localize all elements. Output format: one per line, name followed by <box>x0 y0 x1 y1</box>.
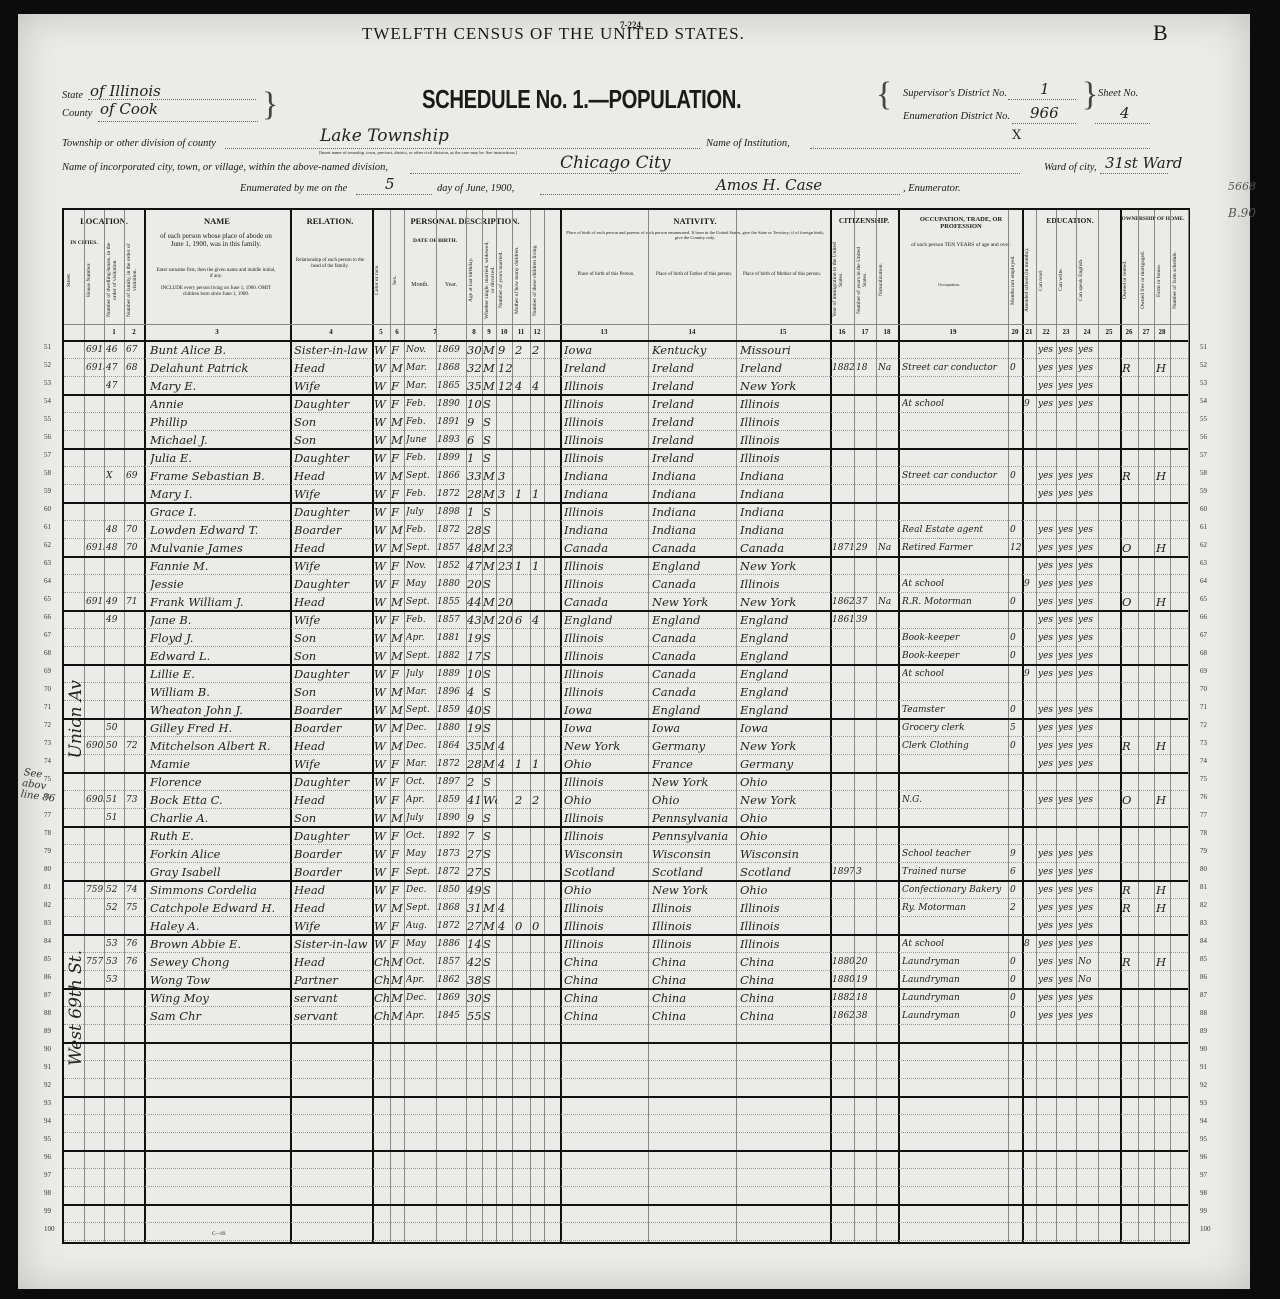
cell-bp <box>564 1114 648 1132</box>
cell-eng: yes <box>1078 880 1098 898</box>
table-row <box>64 1132 1188 1150</box>
cell-house <box>86 1078 104 1096</box>
table-row <box>64 1078 1188 1096</box>
cell-write <box>1058 1222 1076 1240</box>
cell-liv <box>532 664 544 682</box>
cell-eng <box>1078 448 1098 466</box>
cell-sex: M <box>391 736 405 754</box>
line-number-left: 84 <box>44 937 51 945</box>
cell-eng: yes <box>1078 610 1098 628</box>
cell-rel <box>294 1078 372 1096</box>
cell-rel <box>294 1132 372 1150</box>
cell-liv <box>532 700 544 718</box>
cell-eng <box>1078 1168 1098 1186</box>
cell-own <box>1122 340 1138 358</box>
header-street: Street. <box>66 240 82 320</box>
cell-unemp <box>1010 934 1022 952</box>
cell-unemp: 0 <box>1010 466 1022 484</box>
cell-bp: England <box>564 610 648 628</box>
cell-month: May <box>406 574 436 592</box>
line-number-left: 85 <box>44 955 51 963</box>
cell-bf: Illinois <box>652 898 736 916</box>
sheet-letter: B <box>1153 20 1168 46</box>
cell-year: 1872 <box>437 520 467 538</box>
cell-imm <box>832 412 854 430</box>
cell-nat <box>878 628 898 646</box>
cell-bp: Wisconsin <box>564 844 648 862</box>
cell-write <box>1058 1114 1076 1132</box>
cell-bp <box>564 1096 648 1114</box>
column-number: 27 <box>1138 328 1154 336</box>
cell-liv <box>532 538 544 556</box>
cell-month <box>406 1024 436 1042</box>
cell-bf: Ireland <box>652 448 736 466</box>
cell-color <box>374 1222 390 1240</box>
enumerated-prefix: Enumerated by me on the <box>240 183 347 194</box>
cell-bf <box>652 1024 736 1042</box>
cell-read: yes <box>1038 340 1056 358</box>
cell-own <box>1122 1186 1138 1204</box>
cell-color <box>374 1096 390 1114</box>
cell-fh <box>1156 1132 1170 1150</box>
cell-fh: H <box>1156 898 1170 916</box>
header-immigration: Year of immigration to the United States… <box>832 240 852 320</box>
cell-month: May <box>406 934 436 952</box>
cell-free <box>1140 916 1154 934</box>
cell-free <box>1140 376 1154 394</box>
line-number-left: 79 <box>44 847 51 855</box>
cell-bf: China <box>652 1006 736 1024</box>
cell-write <box>1058 502 1076 520</box>
cell-fam <box>126 484 144 502</box>
cell-write: yes <box>1058 466 1076 484</box>
cell-color: W <box>374 736 390 754</box>
cell-fh <box>1156 340 1170 358</box>
cell-sch <box>1024 556 1036 574</box>
cell-color: W <box>374 466 390 484</box>
cell-name: Wheaton John J. <box>150 700 290 718</box>
cell-moth <box>515 1114 529 1132</box>
cell-bm <box>740 1078 828 1096</box>
cell-fh <box>1156 718 1170 736</box>
table-row <box>64 1096 1188 1114</box>
line-number-left: 86 <box>44 973 51 981</box>
cell-bf <box>652 1078 736 1096</box>
cell-rel: servant <box>294 988 372 1006</box>
cell-rel: servant <box>294 1006 372 1024</box>
cell-occ: Laundryman <box>902 952 1008 970</box>
cell-name <box>150 1060 290 1078</box>
cell-bf: Canada <box>652 628 736 646</box>
cell-unemp: 6 <box>1010 862 1022 880</box>
cell-write: yes <box>1058 970 1076 988</box>
cell-rel: Boarder <box>294 718 372 736</box>
cell-sch <box>1024 952 1036 970</box>
cell-bm <box>740 1168 828 1186</box>
ed-label: Enumeration District No. <box>903 111 1010 122</box>
cell-color: W <box>374 376 390 394</box>
cell-free <box>1140 646 1154 664</box>
cell-sch <box>1024 412 1036 430</box>
cell-color: W <box>374 358 390 376</box>
cell-house <box>86 1006 104 1024</box>
cell-ym <box>498 682 512 700</box>
cell-yus <box>856 1114 876 1132</box>
supervisor-line <box>1008 99 1076 100</box>
cell-liv: 4 <box>532 610 544 628</box>
cell-fam <box>126 430 144 448</box>
cell-month <box>406 1096 436 1114</box>
cell-name <box>150 1204 290 1222</box>
cell-ym <box>498 970 512 988</box>
cell-nat <box>878 934 898 952</box>
cell-house <box>86 610 104 628</box>
cell-rel: Wife <box>294 484 372 502</box>
cell-own <box>1122 1168 1138 1186</box>
cell-bp <box>564 1222 648 1240</box>
cell-write: yes <box>1058 790 1076 808</box>
cell-occ: Grocery clerk <box>902 718 1008 736</box>
table-row: AnnieDaughterWFFeb.189010SIllinoisIrelan… <box>64 394 1188 412</box>
cell-own <box>1122 754 1138 772</box>
cell-fh <box>1156 1060 1170 1078</box>
cell-month: Aug. <box>406 916 436 934</box>
cell-ym <box>498 1168 512 1186</box>
header-nativity: NATIVITY. <box>560 216 830 226</box>
cell-write <box>1058 1024 1076 1042</box>
table-row: JessieDaughterWFMay188020SIllinoisCanada… <box>64 574 1188 592</box>
cell-yus <box>856 430 876 448</box>
cell-nat <box>878 808 898 826</box>
cell-unemp <box>1010 556 1022 574</box>
cell-fam <box>126 1042 144 1060</box>
column-number: 20 <box>1008 328 1022 336</box>
cell-rel <box>294 1096 372 1114</box>
cell-write <box>1058 1168 1076 1186</box>
cell-own <box>1122 1204 1138 1222</box>
cell-bm: Indiana <box>740 484 828 502</box>
cell-free <box>1140 1006 1154 1024</box>
cell-read: yes <box>1038 538 1056 556</box>
cell-bf <box>652 1042 736 1060</box>
cell-dw: 52 <box>106 898 124 916</box>
cell-month: Mar. <box>406 376 436 394</box>
cell-eng <box>1078 1024 1098 1042</box>
cell-month <box>406 1168 436 1186</box>
cell-read: yes <box>1038 664 1056 682</box>
line-number-left: 56 <box>44 433 51 441</box>
cell-sch <box>1024 1114 1036 1132</box>
cell-color: W <box>374 646 390 664</box>
cell-own <box>1122 718 1138 736</box>
cell-age <box>467 1078 483 1096</box>
cell-name <box>150 1024 290 1042</box>
cell-sex <box>391 1132 405 1150</box>
cell-month <box>406 1042 436 1060</box>
cell-color: W <box>374 592 390 610</box>
cell-liv <box>532 934 544 952</box>
line-number-right: 72 <box>1200 721 1207 729</box>
line-number-right: 97 <box>1200 1171 1207 1179</box>
cell-month: Dec. <box>406 736 436 754</box>
institution-label: Name of Institution, <box>706 138 790 149</box>
column-number: 25 <box>1098 328 1120 336</box>
cell-ym: 9 <box>498 340 512 358</box>
cell-read <box>1038 1096 1056 1114</box>
cell-ym: 4 <box>498 898 512 916</box>
cell-name: Lowden Edward T. <box>150 520 290 538</box>
cell-own <box>1122 664 1138 682</box>
cell-imm: 1862 <box>832 592 854 610</box>
cell-fh <box>1156 1114 1170 1132</box>
cell-sex: F <box>391 610 405 628</box>
cell-ym: 4 <box>498 916 512 934</box>
cell-color <box>374 1132 390 1150</box>
cell-color: W <box>374 520 390 538</box>
cell-imm: 1882 <box>832 988 854 1006</box>
cell-own: O <box>1122 592 1138 610</box>
cell-nat <box>878 502 898 520</box>
cell-write: yes <box>1058 1006 1076 1024</box>
cell-name <box>150 1132 290 1150</box>
cell-nat <box>878 610 898 628</box>
cell-read: yes <box>1038 754 1056 772</box>
cell-name: Floyd J. <box>150 628 290 646</box>
cell-eng <box>1078 772 1098 790</box>
line-number-left: 89 <box>44 1027 51 1035</box>
cell-free <box>1140 592 1154 610</box>
cell-year: 1868 <box>437 358 467 376</box>
cell-free <box>1140 466 1154 484</box>
cell-name: Wong Tow <box>150 970 290 988</box>
cell-imm: 1880 <box>832 970 854 988</box>
cell-fh <box>1156 412 1170 430</box>
cell-name: Charlie A. <box>150 808 290 826</box>
cell-liv <box>532 826 544 844</box>
cell-liv <box>532 574 544 592</box>
cell-occ <box>902 808 1008 826</box>
line-number-right: 98 <box>1200 1189 1207 1197</box>
cell-bp: China <box>564 952 648 970</box>
cell-yus <box>856 934 876 952</box>
cell-fh <box>1156 1222 1170 1240</box>
cell-bf: Pennsylvania <box>652 826 736 844</box>
cell-bm: Illinois <box>740 898 828 916</box>
cell-dw: 52 <box>106 880 124 898</box>
cell-month: Feb. <box>406 412 436 430</box>
table-row: Forkin AliceBoarderWFMay187327SWisconsin… <box>64 844 1188 862</box>
cell-sex <box>391 1060 405 1078</box>
county-value: of Cook <box>100 100 158 118</box>
cell-ym <box>498 790 512 808</box>
cell-read <box>1038 808 1056 826</box>
column-number: 16 <box>830 328 854 336</box>
cell-bf: Canada <box>652 538 736 556</box>
cell-write <box>1058 448 1076 466</box>
cell-moth <box>515 808 529 826</box>
cell-nat <box>878 574 898 592</box>
cell-fh <box>1156 1096 1170 1114</box>
cell-mar <box>483 1204 497 1222</box>
cell-nat <box>878 1168 898 1186</box>
document-title: TWELFTH CENSUS OF THE UNITED STATES. <box>362 24 745 44</box>
cell-bf: England <box>652 556 736 574</box>
cell-fh <box>1156 826 1170 844</box>
cell-bm: New York <box>740 592 828 610</box>
cell-imm <box>832 484 854 502</box>
cell-unemp <box>1010 826 1022 844</box>
cell-occ: Real Estate agent <box>902 520 1008 538</box>
cell-bm: England <box>740 646 828 664</box>
cell-moth <box>515 718 529 736</box>
cell-read: yes <box>1038 628 1056 646</box>
cell-fam <box>126 628 144 646</box>
table-row: Lillie E.DaughterWFJuly188910SIllinoisCa… <box>64 664 1188 682</box>
cell-bp: China <box>564 1006 648 1024</box>
cell-free <box>1140 1150 1154 1168</box>
cell-eng: yes <box>1078 736 1098 754</box>
cell-eng <box>1078 1042 1098 1060</box>
cell-read: yes <box>1038 646 1056 664</box>
cell-imm <box>832 772 854 790</box>
cell-sch <box>1024 1078 1036 1096</box>
schedule-title: SCHEDULE No. 1.—POPULATION. <box>422 84 741 115</box>
cell-bp: Illinois <box>564 574 648 592</box>
cell-liv <box>532 1150 544 1168</box>
cell-eng: yes <box>1078 898 1098 916</box>
cell-mar <box>483 1168 497 1186</box>
cell-age <box>467 1042 483 1060</box>
table-row: Fannie M.WifeWFNov.185247M2311IllinoisEn… <box>64 556 1188 574</box>
cell-bp: Illinois <box>564 826 648 844</box>
cell-eng: yes <box>1078 862 1098 880</box>
cell-fam <box>126 1132 144 1150</box>
cell-dw <box>106 1060 124 1078</box>
cell-eng: yes <box>1078 754 1098 772</box>
cell-mar: S <box>483 772 497 790</box>
cell-ym: 20 <box>498 592 512 610</box>
cell-dw <box>106 412 124 430</box>
cell-sch <box>1024 880 1036 898</box>
cell-free <box>1140 880 1154 898</box>
cell-fam: 75 <box>126 898 144 916</box>
cell-month: Apr. <box>406 628 436 646</box>
cell-name: Catchpole Edward H. <box>150 898 290 916</box>
cell-moth <box>515 1042 529 1060</box>
cell-year <box>437 1168 467 1186</box>
cell-ym <box>498 808 512 826</box>
day-line <box>356 194 432 195</box>
cell-read <box>1038 1204 1056 1222</box>
cell-dw <box>106 844 124 862</box>
cell-sex: M <box>391 988 405 1006</box>
column-number: 7 <box>404 328 466 336</box>
cell-nat <box>878 700 898 718</box>
cell-moth <box>515 664 529 682</box>
cell-liv: 0 <box>532 916 544 934</box>
cell-write: yes <box>1058 556 1076 574</box>
cell-mar <box>483 1186 497 1204</box>
cell-dw <box>106 574 124 592</box>
cell-rel: Head <box>294 736 372 754</box>
cell-ym <box>498 430 512 448</box>
ward-line <box>1100 173 1168 174</box>
cell-month: Feb. <box>406 448 436 466</box>
cell-sex: M <box>391 808 405 826</box>
cell-age: 48 <box>467 538 483 556</box>
cell-rel: Partner <box>294 970 372 988</box>
cell-eng <box>1078 1096 1098 1114</box>
cell-mar: S <box>483 970 497 988</box>
cell-unemp <box>1010 1078 1022 1096</box>
cell-unemp <box>1010 772 1022 790</box>
cell-bf: Ohio <box>652 790 736 808</box>
header-age: Age at last birthday. <box>468 240 480 320</box>
cell-yus <box>856 772 876 790</box>
cell-ym <box>498 1222 512 1240</box>
cell-year <box>437 1204 467 1222</box>
cell-dw <box>106 394 124 412</box>
cell-sex: F <box>391 556 405 574</box>
cell-liv <box>532 988 544 1006</box>
header-marital: Whether single, married, widowed, or div… <box>484 240 494 320</box>
table-row: 5376Brown Abbie E.Sister-in-lawWFMay1886… <box>64 934 1188 952</box>
cell-read: yes <box>1038 394 1056 412</box>
cell-sch <box>1024 700 1036 718</box>
cell-nat <box>878 430 898 448</box>
cell-nat <box>878 376 898 394</box>
cell-ym <box>498 628 512 646</box>
cell-sex: M <box>391 898 405 916</box>
cell-eng: yes <box>1078 484 1098 502</box>
cell-fh <box>1156 1150 1170 1168</box>
cell-fh <box>1156 502 1170 520</box>
cell-read: yes <box>1038 862 1056 880</box>
row-rule <box>64 1240 1188 1241</box>
cell-color: W <box>374 862 390 880</box>
cell-mar: M <box>483 736 497 754</box>
line-number-right: 56 <box>1200 433 1207 441</box>
cell-color: W <box>374 826 390 844</box>
cell-imm <box>832 934 854 952</box>
cell-bf <box>652 1132 736 1150</box>
line-number-left: 88 <box>44 1009 51 1017</box>
cell-sch <box>1024 1168 1036 1186</box>
cell-eng: yes <box>1078 628 1098 646</box>
cell-month: May <box>406 844 436 862</box>
cell-name <box>150 1222 290 1240</box>
cell-liv <box>532 1042 544 1060</box>
cell-name <box>150 1078 290 1096</box>
cell-read: yes <box>1038 844 1056 862</box>
cell-yus <box>856 1168 876 1186</box>
column-number: 1 <box>104 328 124 336</box>
cell-eng <box>1078 826 1098 844</box>
cell-sex <box>391 1150 405 1168</box>
cell-age: 17 <box>467 646 483 664</box>
cell-color: W <box>374 430 390 448</box>
cell-read <box>1038 826 1056 844</box>
cell-yus <box>856 1096 876 1114</box>
cell-moth <box>515 394 529 412</box>
table-row <box>64 1168 1188 1186</box>
cell-bm <box>740 1204 828 1222</box>
cell-write <box>1058 826 1076 844</box>
cell-color: W <box>374 916 390 934</box>
cell-ym: 4 <box>498 736 512 754</box>
line-number-left: 73 <box>44 739 51 747</box>
cell-color: W <box>374 808 390 826</box>
